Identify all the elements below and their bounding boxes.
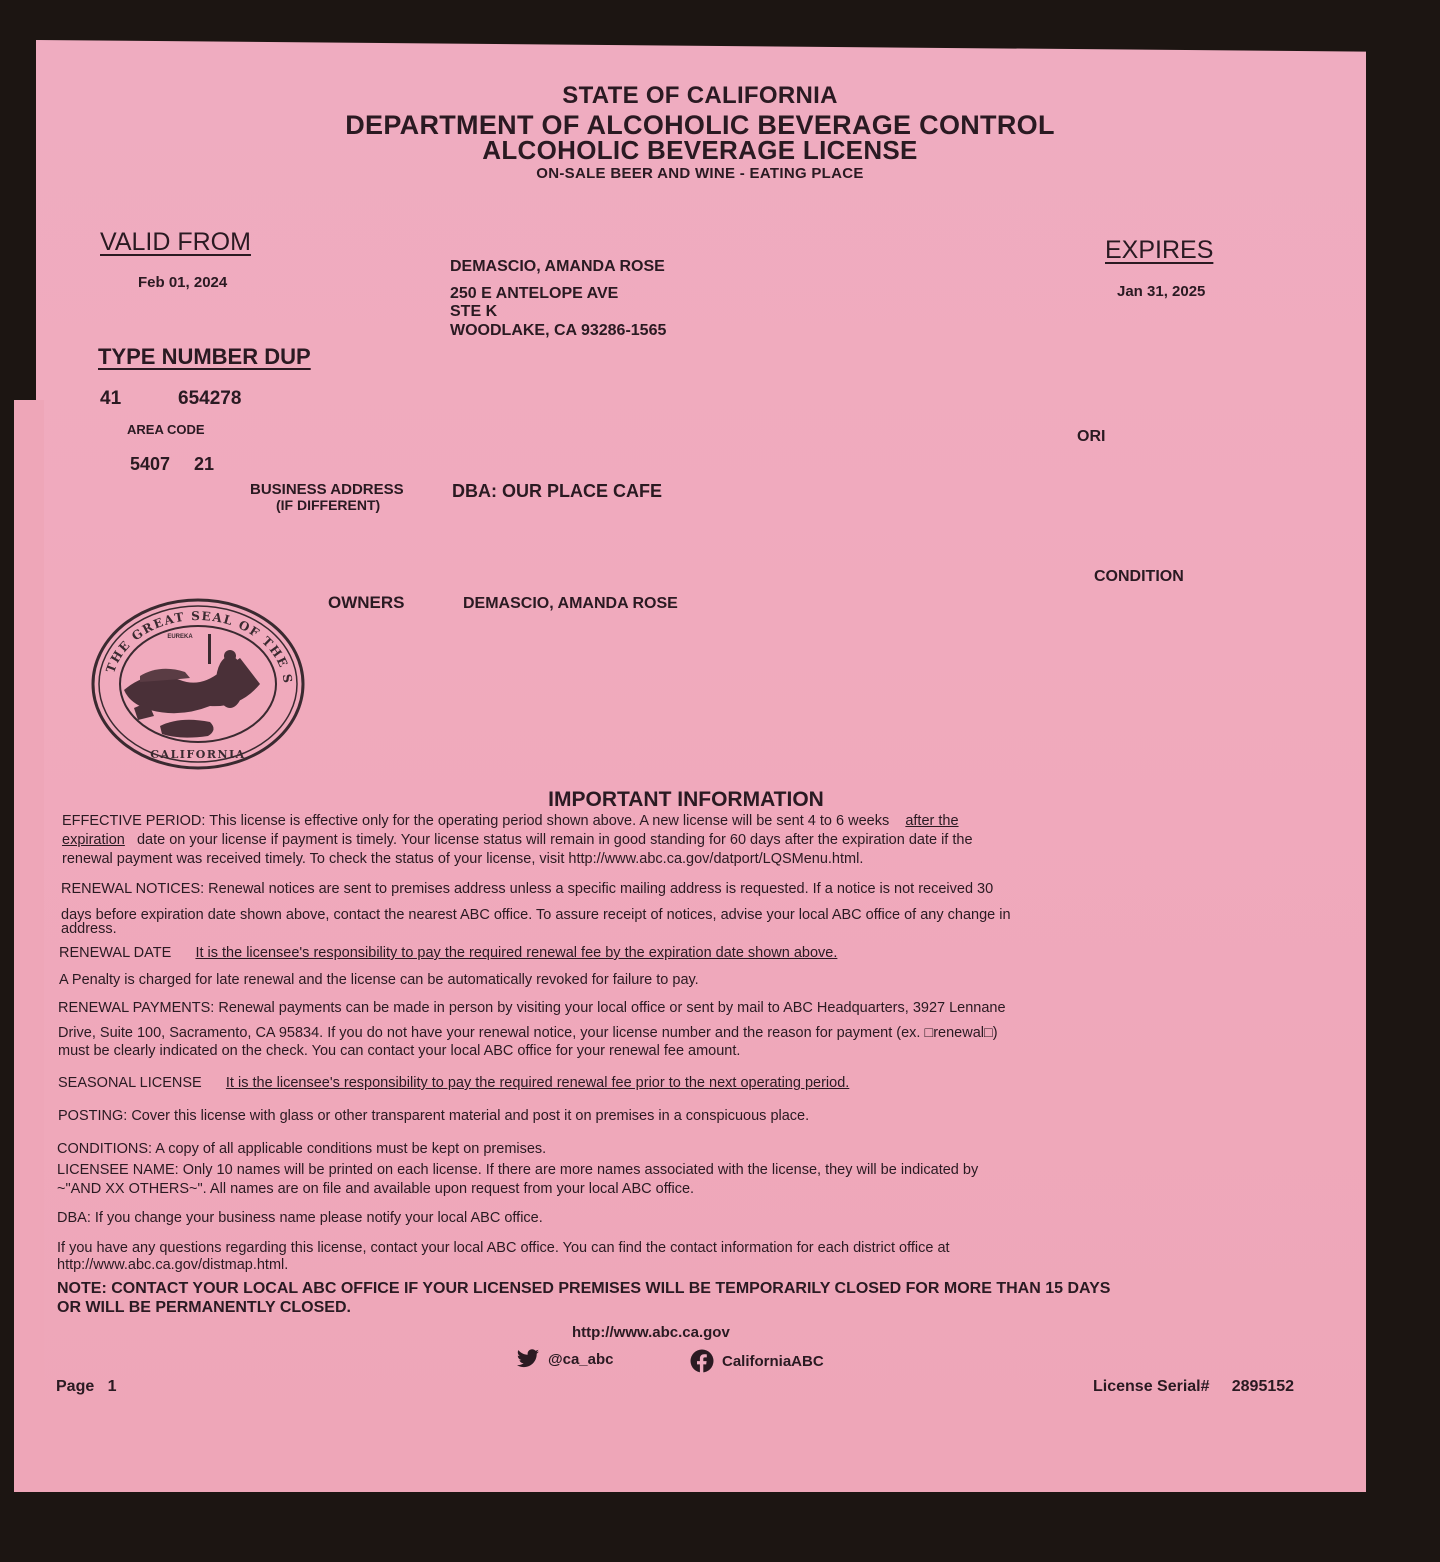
licensee-name-line-2: ~"AND XX OTHERS~". All names are on file… bbox=[57, 1181, 694, 1198]
dba-notice: DBA: If you change your business name pl… bbox=[57, 1210, 543, 1227]
license-type: 41 bbox=[100, 388, 121, 410]
state-title: STATE OF CALIFORNIA bbox=[0, 82, 1400, 110]
condition-label: CONDITION bbox=[1094, 568, 1184, 586]
dba-value: DBA: OUR PLACE CAFE bbox=[452, 481, 662, 502]
facebook-icon bbox=[690, 1349, 714, 1373]
seasonal-license: SEASONAL LICENSE It is the licensee's re… bbox=[58, 1075, 849, 1092]
note-line-1: NOTE: CONTACT YOUR LOCAL ABC OFFICE IF Y… bbox=[57, 1279, 1110, 1298]
area-code: 5407 bbox=[130, 454, 170, 475]
license-number: 654278 bbox=[178, 388, 241, 410]
important-info-title: IMPORTANT INFORMATION bbox=[0, 788, 1372, 812]
effective-period-line-1: EFFECTIVE PERIOD: This license is effect… bbox=[62, 813, 959, 830]
license-title: ALCOHOLIC BEVERAGE LICENSE bbox=[0, 135, 1400, 166]
business-address-label: BUSINESS ADDRESS bbox=[250, 481, 404, 498]
renewal-date-line-1: RENEWAL DATE It is the licensee's respon… bbox=[59, 945, 837, 962]
license-category: ON-SALE BEER AND WINE - EATING PLACE bbox=[0, 165, 1400, 182]
owners-value: DEMASCIO, AMANDA ROSE bbox=[463, 595, 678, 613]
svg-text:EUREKA: EUREKA bbox=[167, 634, 193, 640]
renewal-notices-line-1: RENEWAL NOTICES: Renewal notices are sen… bbox=[61, 881, 993, 898]
renewal-notices-line-3: address. bbox=[61, 921, 117, 938]
conditions: CONDITIONS: A copy of all applicable con… bbox=[57, 1141, 546, 1158]
effective-period-line-2: expiration date on your license if payme… bbox=[62, 832, 973, 849]
district-map-link[interactable]: http://www.abc.ca.gov/distmap.html. bbox=[57, 1257, 288, 1274]
address-line-2: STE K bbox=[450, 303, 497, 321]
posting: POSTING: Cover this license with glass o… bbox=[58, 1108, 809, 1125]
facebook-page[interactable]: CaliforniaABC bbox=[690, 1349, 824, 1373]
twitter-handle[interactable]: @ca_abc bbox=[516, 1349, 614, 1369]
california-seal-icon: THE GREAT SEAL OF THE STATE OF CALIFORNI… bbox=[90, 598, 306, 770]
effective-period-line-3: renewal payment was received timely. To … bbox=[62, 851, 863, 868]
page-indicator: Page 1 bbox=[56, 1378, 117, 1396]
license-serial: License Serial# 2895152 bbox=[1093, 1378, 1294, 1396]
renewal-payments-line-1: RENEWAL PAYMENTS: Renewal payments can b… bbox=[58, 1000, 1006, 1017]
svg-text:CALIFORNIA: CALIFORNIA bbox=[150, 748, 245, 761]
renewal-notices-line-2: days before expiration date shown above,… bbox=[61, 907, 1011, 924]
twitter-handle-text: @ca_abc bbox=[548, 1351, 614, 1368]
renewal-date-line-2: A Penalty is charged for late renewal an… bbox=[59, 972, 699, 989]
expires-date: Jan 31, 2025 bbox=[1117, 283, 1205, 300]
valid-from-date: Feb 01, 2024 bbox=[138, 274, 227, 291]
questions-line-1: If you have any questions regarding this… bbox=[57, 1240, 950, 1257]
paper-edge bbox=[14, 400, 44, 1492]
expires-label: EXPIRES bbox=[1105, 236, 1213, 265]
abc-website-link[interactable]: http://www.abc.ca.gov bbox=[572, 1324, 730, 1341]
renewal-payments-line-3: must be clearly indicated on the check. … bbox=[58, 1043, 740, 1060]
licensee-name: DEMASCIO, AMANDA ROSE bbox=[450, 258, 665, 276]
address-line-3: WOODLAKE, CA 93286-1565 bbox=[450, 322, 666, 340]
note-line-2: OR WILL BE PERMANENTLY CLOSED. bbox=[57, 1298, 351, 1317]
facebook-page-text: CaliforniaABC bbox=[722, 1353, 824, 1370]
renewal-payments-line-2: Drive, Suite 100, Sacramento, CA 95834. … bbox=[58, 1025, 998, 1042]
twitter-icon bbox=[516, 1349, 540, 1369]
business-address-sublabel: (IF DIFFERENT) bbox=[276, 497, 380, 513]
licensee-name-line-1: LICENSEE NAME: Only 10 names will be pri… bbox=[57, 1162, 978, 1179]
address-line-1: 250 E ANTELOPE AVE bbox=[450, 285, 618, 303]
area-code-label: AREA CODE bbox=[127, 422, 205, 437]
area-code-suffix: 21 bbox=[194, 454, 214, 475]
owners-label: OWNERS bbox=[328, 593, 405, 613]
type-number-label: TYPE NUMBER DUP bbox=[98, 344, 311, 370]
ori-label: ORI bbox=[1077, 428, 1105, 446]
valid-from-label: VALID FROM bbox=[100, 228, 251, 257]
